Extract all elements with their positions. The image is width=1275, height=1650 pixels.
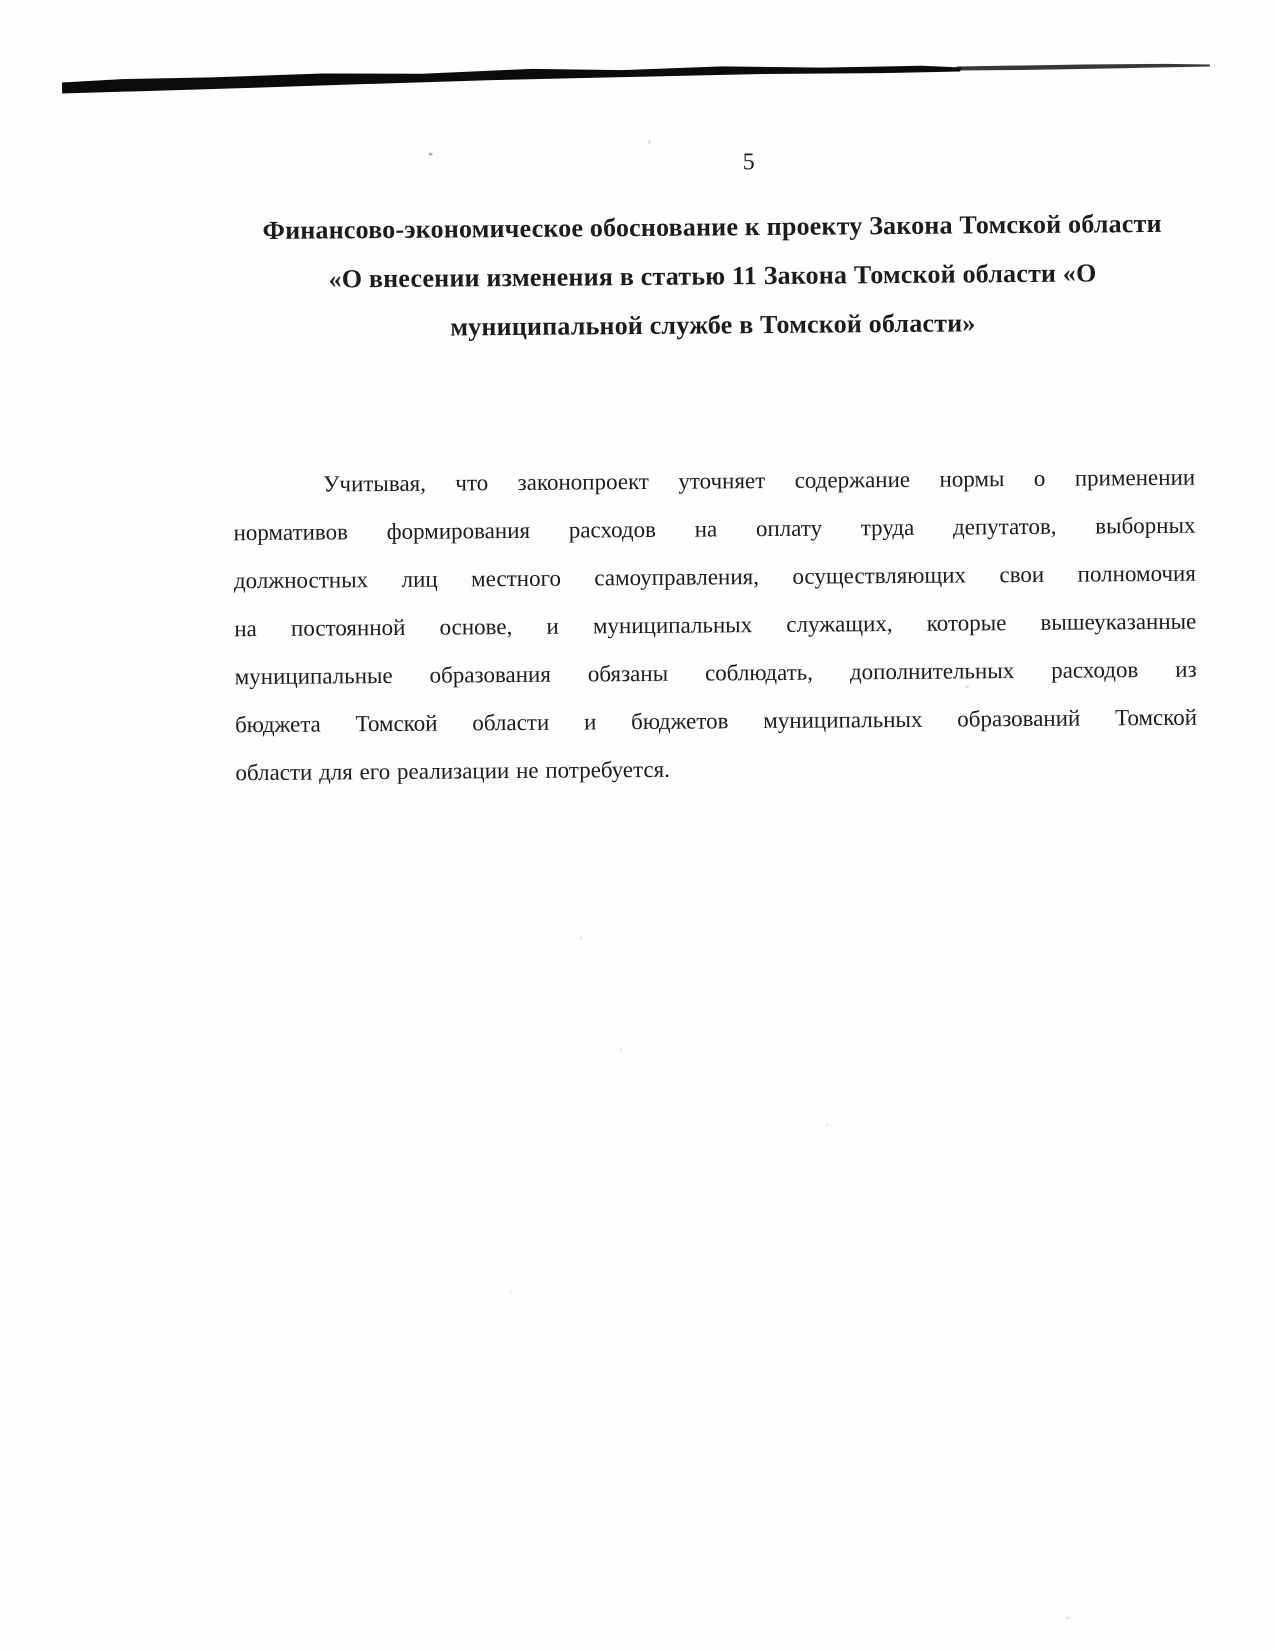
paragraph-line: Учитывая, что законопроект уточняет соде… xyxy=(233,454,1195,510)
scan-speck xyxy=(510,1291,512,1294)
scan-speck xyxy=(826,1124,828,1127)
paragraph-line: должностных лиц местного самоуправления,… xyxy=(234,550,1196,606)
page-number: 5 xyxy=(231,146,1193,180)
title-line: «О внесении изменения в статью 11 Закона… xyxy=(231,248,1193,305)
scan-speck xyxy=(966,685,969,688)
document-title: Финансово-экономическое обоснование к пр… xyxy=(231,199,1194,354)
paragraph-line: нормативов формирования расходов на опла… xyxy=(233,502,1195,558)
scan-tilt-wrapper: 5 Финансово-экономическое обоснование к … xyxy=(0,0,1275,1650)
title-line: муниципальной службе в Томской области» xyxy=(232,297,1194,354)
scanned-page: 5 Финансово-экономическое обоснование к … xyxy=(0,0,1275,1650)
title-line: Финансово-экономическое обоснование к пр… xyxy=(231,199,1193,256)
scan-speck xyxy=(648,140,650,144)
paragraph-line: муниципальные образования обязаны соблюд… xyxy=(234,646,1196,702)
paragraph-line: бюджета Томской области и бюджетов муниц… xyxy=(235,694,1197,750)
document-content: 5 Финансово-экономическое обоснование к … xyxy=(229,0,1197,797)
scan-speck xyxy=(580,936,582,940)
paragraph-line: области для его реализации не потребуетс… xyxy=(235,742,1197,798)
scan-speck xyxy=(429,153,433,156)
scan-speck xyxy=(620,1048,622,1051)
body-paragraph: Учитывая, что законопроект уточняет соде… xyxy=(233,454,1198,798)
paragraph-line: на постоянной основе, и муниципальных сл… xyxy=(234,598,1196,654)
scan-speck xyxy=(1066,1617,1069,1620)
